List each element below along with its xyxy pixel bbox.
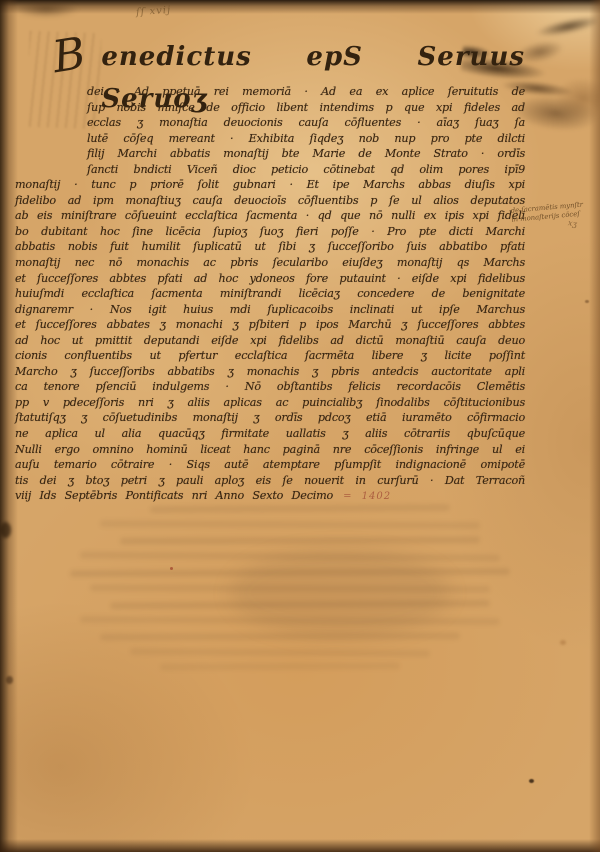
manuscript-line: ca tenore pſenciū indulgems · Nō obſtant… xyxy=(15,379,525,395)
manuscript-line: ne aplica ul alia quacūqʒ firmitate uall… xyxy=(15,426,525,442)
manuscript-line: fidelibo ad ipm monaſtiuʒ cauſa deuocioī… xyxy=(15,193,525,209)
manuscript-line: tis dei ʒ btoʒ petri ʒ pauli aploʒ eis ſ… xyxy=(15,473,525,489)
manuscript-line: monaſtij · tunc p priorē ſolit gubnari ·… xyxy=(15,177,525,193)
initial-letter-B: B xyxy=(50,34,88,79)
manuscript-line: lutē cōſeq mereant · Exhibita ſiqdeʒ nob… xyxy=(87,131,525,147)
margin-mark: xʒ xyxy=(567,218,577,228)
manuscript-line: monaſtij nec nō monachis ac pbris ſecula… xyxy=(15,255,525,271)
manuscript-line: dignaremr · Nos igit huius mdi ſuplicaco… xyxy=(15,302,525,318)
bleedthrough-streak xyxy=(110,600,490,610)
manuscript-line: huiuſmdi ecclaſtica ſacmenta miniſtrandi… xyxy=(15,286,525,302)
manuscript-line: ſancti bndicti Viceñ dioc peticio cōtine… xyxy=(87,162,525,178)
bleedthrough-streak xyxy=(80,616,500,625)
bleedthrough-streak xyxy=(150,504,450,513)
bleedthrough-streak xyxy=(90,584,490,592)
bleedthrough-streak xyxy=(100,520,480,529)
manuscript-line: Nulli ergo omnino hominū liceat hanc pag… xyxy=(15,442,525,458)
bleedthrough-streak xyxy=(130,648,430,657)
margin-spot xyxy=(585,300,589,303)
edge-spot xyxy=(0,522,11,538)
ink-speck xyxy=(529,779,534,783)
faint-spot xyxy=(560,640,566,645)
bleedthrough-streak xyxy=(70,568,510,577)
bleedthrough-streak xyxy=(160,662,400,670)
manuscript-line: ab eis miniſtrare cōſueuint ecclaſtica ſ… xyxy=(15,208,525,224)
manuscript-page: ſſ xvij B enedictus epS Seruus Seruoʒ de… xyxy=(0,0,600,852)
bleedthrough-streak xyxy=(80,552,500,562)
manuscript-line: ſtatutiſqʒ ʒ cōſuetudinibs monaſtij ʒ or… xyxy=(15,410,525,426)
manuscript-line: ad hoc ut pmittit deputandi eiſde xpi fi… xyxy=(15,333,525,349)
manuscript-line: abbatis nobis fuit humilit ſuplicatū ut … xyxy=(15,239,525,255)
manuscript-line: Marcho ʒ ſucceſſoribs abbatibs ʒ monachi… xyxy=(15,364,525,380)
bleedthrough-patch xyxy=(230,548,450,638)
page-edge-bottom xyxy=(0,839,600,852)
folio-mark: ſſ xvij xyxy=(136,5,172,18)
manuscript-line: viij Ids Septēbris Pontificats nri Anno … xyxy=(15,488,525,505)
manuscript-line: ſup nobis mniſce de officio libent inten… xyxy=(87,100,525,116)
opening-line: B enedictus epS Seruus Seruoʒ xyxy=(15,36,525,82)
text-block: B enedictus epS Seruus Seruoʒ dei · Ad p… xyxy=(15,36,525,505)
text-lines: dei · Ad ppetuā rei memoriā · Ad ea ex a… xyxy=(15,84,525,505)
manuscript-line: ecclas ʒ monaſtia deuocionis cauſa cōflu… xyxy=(87,115,525,131)
edge-spot xyxy=(6,676,13,684)
red-speck xyxy=(170,567,173,570)
bleedthrough-streak xyxy=(100,632,460,640)
bleedthrough-streak xyxy=(120,536,480,544)
manuscript-line: et ſucceſſores abbtes pfati ad hoc ydone… xyxy=(15,271,525,287)
manuscript-line: dei · Ad ppetuā rei memoriā · Ad ea ex a… xyxy=(87,84,525,100)
date-annotation: = 1402 xyxy=(343,491,391,502)
manuscript-line: cionis confluentibs ut pfertur ecclaſtic… xyxy=(15,348,525,364)
manuscript-line: filij Marchi abbatis monaſtij bte Marie … xyxy=(87,146,525,162)
manuscript-line: et ſucceſſores abbates ʒ monachi ʒ pſbit… xyxy=(15,317,525,333)
manuscript-line: auſu temario cōtraire · Siqs autē atempt… xyxy=(15,457,525,473)
manuscript-line: pp v pdeceſſoris nri ʒ aliis aplicas ac … xyxy=(15,395,525,411)
manuscript-line: bo dubitant hoc ſine licēcia ſupioʒ ſuoʒ… xyxy=(15,224,525,240)
